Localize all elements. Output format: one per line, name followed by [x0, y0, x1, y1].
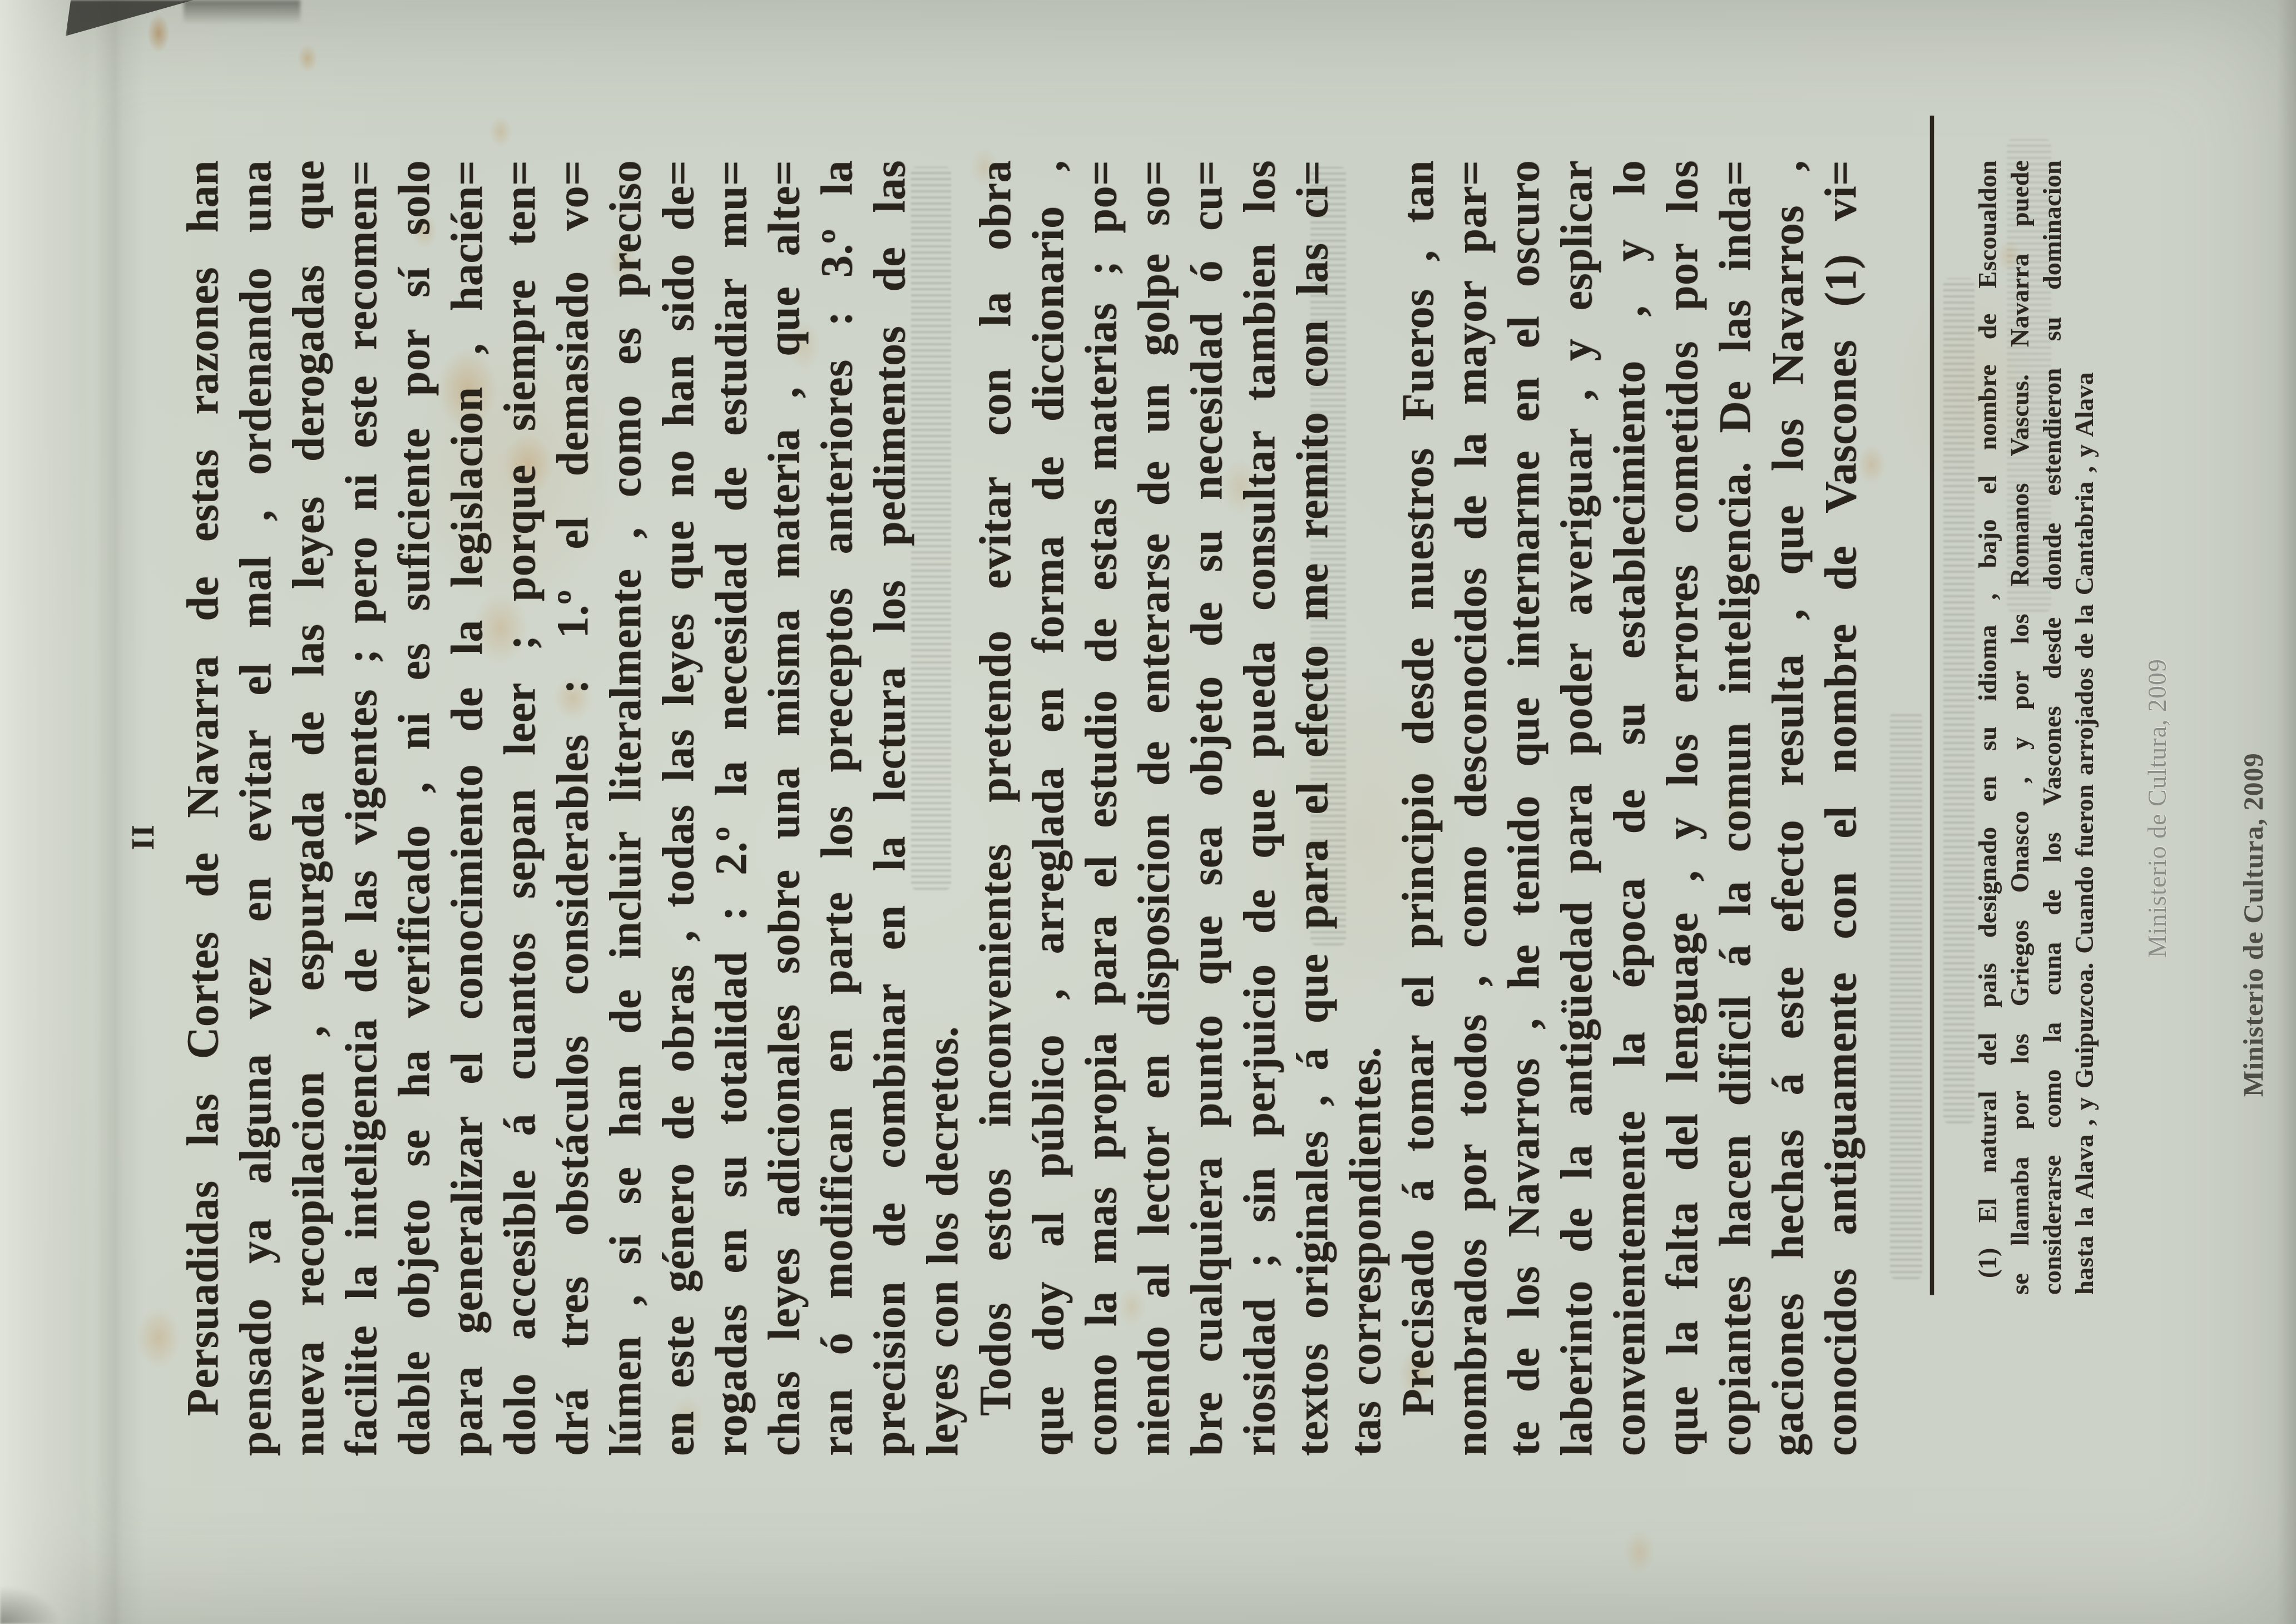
- footnote-line: hasta la Alava , y Guipuzcoa. Cuando fue…: [2069, 160, 2101, 1295]
- footnote-line: se llamaba por los Griegos Onasco , y po…: [2004, 160, 2036, 1295]
- text-line: lúmen , si se han de incluir literalment…: [600, 160, 652, 1456]
- stain: [147, 14, 170, 53]
- text-line: pensado ya alguna vez en evitar el mal ,…: [230, 160, 283, 1456]
- text-line: drá tres obstáculos considerables : 1.º …: [547, 160, 600, 1456]
- bleedthrough-ghost: [1890, 712, 1922, 1279]
- text-line: dolo accesible á cuantos sepan leer ; po…: [494, 160, 547, 1456]
- text-line: para generalizar el conocimiento de la l…: [441, 160, 494, 1456]
- watermark-ministerio-cultura-2: Ministerio de Cultura, 2009: [2237, 752, 2269, 1097]
- footnote-line: considerarse como la cuna de los Vascone…: [2036, 160, 2069, 1295]
- text-line: copiantes hacen dificil á la comun intel…: [1709, 160, 1762, 1456]
- text-line: dable objeto se ha verificado , ni es su…: [388, 160, 441, 1456]
- page-number: II: [126, 50, 161, 1624]
- footnote: (1) El natural del pais designado en su …: [1972, 160, 2101, 1295]
- text-line: niendo al lector en disposicion de enter…: [1128, 160, 1181, 1456]
- stain: [1624, 1529, 1655, 1574]
- text-line: chas leyes adicionales sobre una misma m…: [758, 160, 811, 1456]
- text-line: nueva recopilacion , espurgada de las le…: [283, 160, 335, 1456]
- paper-edge-shadow: [2277, 0, 2296, 1624]
- text-line: precision de combinar en la lectura los …: [864, 160, 917, 1456]
- text-line: nombrados por todos , como desconocidos …: [1445, 160, 1498, 1456]
- scan-edge-smudge: [184, 0, 300, 24]
- text-line: en este género de obras , todas las leye…: [652, 160, 705, 1456]
- bleedthrough-ghost: [1943, 278, 1975, 1123]
- text-line: textos originales , á que para el efecto…: [1286, 160, 1339, 1456]
- text-line: tas correspondientes.: [1339, 160, 1392, 1456]
- text-line: te de los Navarros , he tenido que inter…: [1498, 160, 1551, 1456]
- watermark-ministerio-cultura: Ministerio de Cultura, 2009: [2142, 658, 2172, 958]
- scan-corner-shadow: [0, 1585, 61, 1624]
- footnote-line: (1) El natural del pais designado en su …: [1972, 160, 2004, 1295]
- text-line: riosidad ; sin perjuicio de que pueda co…: [1234, 160, 1286, 1456]
- text-line: conocidos antiguamente con el nombre de …: [1815, 160, 1868, 1456]
- stain: [489, 116, 512, 147]
- text-line: convenientemente la época de su establec…: [1604, 160, 1656, 1456]
- text-line: bre cualquiera punto que sea objeto de s…: [1181, 160, 1234, 1456]
- stain: [298, 44, 318, 72]
- page-rotated-90ccw: II Persuadidas las Cortes de Navarra de …: [0, 0, 2296, 1624]
- text-line: laberinto de la antigüedad para poder av…: [1551, 160, 1604, 1456]
- text-line: gaciones hechas á este efecto resulta , …: [1762, 160, 1815, 1456]
- text-line: Todos estos inconvenientes pretendo evit…: [969, 160, 1022, 1456]
- text-line: rogadas en su totalidad : 2.º la necesid…: [705, 160, 758, 1456]
- footnote-rule: [1930, 116, 1934, 1295]
- text-line: que doy al público , arreglada en forma …: [1022, 160, 1075, 1456]
- text-line: como la mas propia para el estudio de es…: [1075, 160, 1128, 1456]
- text-line: leyes con los decretos.: [917, 160, 969, 1456]
- text-line: Precisado á tomar el principio desde nue…: [1392, 160, 1445, 1456]
- paragraph-3: Precisado á tomar el principio desde nue…: [1392, 160, 1868, 1456]
- text-line: Persuadidas las Cortes de Navarra de est…: [177, 160, 230, 1456]
- paragraph-1: Persuadidas las Cortes de Navarra de est…: [177, 160, 969, 1456]
- paper-edge-highlight: [0, 0, 83, 1624]
- text-line: ran ó modifican en parte los preceptos a…: [811, 160, 864, 1456]
- text-line: que la falta del lenguage , y los errore…: [1656, 160, 1709, 1456]
- main-text: Persuadidas las Cortes de Navarra de est…: [177, 160, 1868, 1456]
- paragraph-2: Todos estos inconvenientes pretendo evit…: [969, 160, 1392, 1456]
- scanned-book-page: II Persuadidas las Cortes de Navarra de …: [0, 0, 2296, 1624]
- text-line: facilite la inteligencia de las vigentes…: [335, 160, 388, 1456]
